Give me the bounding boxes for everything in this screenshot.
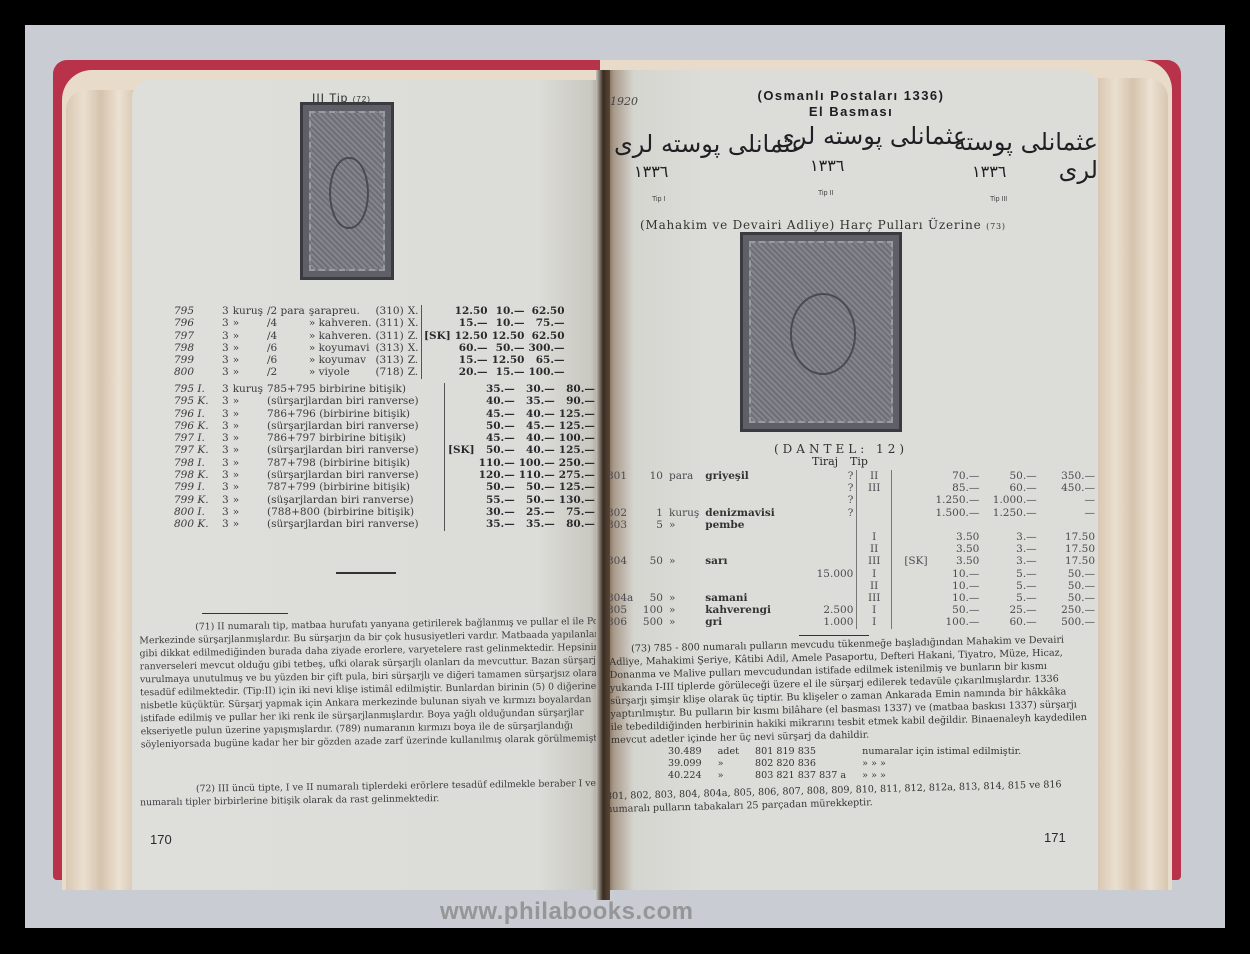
quantity-count: 39.099	[660, 758, 710, 770]
price-mint: 70.—	[931, 470, 983, 482]
price-mint: 10.—	[931, 580, 983, 592]
price-used	[982, 519, 1039, 531]
currency-unit: »	[231, 342, 265, 354]
price-mint: 50.—	[477, 444, 517, 456]
price-used: 40.—	[517, 408, 557, 420]
currency-unit: »	[231, 420, 265, 432]
stamp-color: » koyumavi	[307, 342, 374, 354]
face-value: 3	[220, 420, 231, 432]
price-cover: 17.50	[1040, 555, 1098, 567]
face-value: 3	[220, 469, 231, 481]
face-value	[636, 543, 666, 555]
stamp-color: sarı	[702, 555, 800, 567]
table-row: 798 I.3»787+798 (birbirine bitişik)110.—…	[172, 457, 597, 469]
sk-mark	[422, 342, 453, 354]
pair-description: 786+796 (birbirine bitişik)	[265, 408, 445, 420]
price-used: 3.—	[982, 531, 1039, 543]
sk-mark	[422, 366, 453, 378]
stamp-color: kahverengi	[702, 604, 800, 616]
table-row: 797 I.3»786+797 birbirine bitişik)45.—40…	[172, 432, 597, 444]
pair-description: (süşarjlardan biri ranverse)	[265, 494, 445, 506]
price-cover: 62.50	[526, 305, 566, 317]
face-value: 3	[220, 317, 231, 329]
catalogue-number: 798 I.	[172, 457, 220, 469]
table-row: 795 I.3kuruş785+795 birbirine bitişik)35…	[172, 383, 597, 395]
currency-unit	[666, 543, 702, 555]
stamp-image-tip-iii	[300, 102, 394, 280]
pair-description: (sürşarjlardan biri ranverse)	[265, 420, 445, 432]
table-row: 799 I.3»787+799 (birbirine bitişik)50.—5…	[172, 481, 597, 493]
perforation-label: (DANTEL: 12)	[774, 442, 908, 456]
face-value	[636, 568, 666, 580]
overprint-type: III	[857, 592, 892, 604]
price-mint: 3.50	[931, 543, 983, 555]
price-used: 35.—	[517, 518, 557, 530]
price-cover: 125.—	[557, 408, 597, 420]
price-cover: 90.—	[557, 395, 597, 407]
type-grade: Z.	[406, 354, 421, 366]
price-cover: 250.—	[1040, 604, 1098, 616]
face-value: 3	[220, 330, 231, 342]
face-value: 3	[220, 494, 231, 506]
price-used: 60.—	[982, 616, 1039, 628]
table-row: 8035»pembe	[604, 519, 1098, 531]
table-row: ?III85.—60.—450.—	[604, 482, 1098, 494]
sk-mark	[446, 383, 477, 395]
price-cover: 80.—	[557, 383, 597, 395]
currency-unit: »	[231, 444, 265, 456]
quantity-unit: »	[710, 758, 747, 770]
price-mint: 30.—	[477, 506, 517, 518]
stamp-color	[702, 543, 800, 555]
stamp-color: » kahveren.	[307, 317, 374, 329]
price-cover: 300.—	[526, 342, 566, 354]
sk-mark	[446, 481, 477, 493]
page-number-right: 171	[1044, 830, 1066, 845]
table-row: 7953kuruş/2 paraşarapreu.(310)X.12.5010.…	[172, 305, 567, 317]
overprint-type: I	[857, 568, 892, 580]
stamp-color	[702, 482, 800, 494]
section-divider	[336, 572, 396, 574]
price-cover: 50.—	[1040, 568, 1098, 580]
price-mint: 15.—	[453, 354, 490, 366]
currency-unit: »	[666, 592, 702, 604]
face-value: 3	[220, 408, 231, 420]
price-mint: 15.—	[453, 317, 490, 329]
price-mint	[931, 519, 983, 531]
pair-description: (sürşarjlardan biri ranverse)	[265, 469, 445, 481]
currency-unit: »	[231, 395, 265, 407]
sk-mark	[422, 305, 453, 317]
overprint-tip-3: عثمانلى پوسته لرى	[938, 128, 1098, 184]
surcharge-base: /6	[265, 342, 307, 354]
face-value: 1	[636, 507, 666, 519]
sk-mark	[891, 592, 930, 604]
price-cover: 275.—	[557, 469, 597, 481]
stamp-color	[702, 568, 800, 580]
footnote-divider	[202, 613, 288, 614]
price-used: 3.—	[982, 543, 1039, 555]
face-value: 100	[636, 604, 666, 616]
price-used: 50.—	[490, 342, 527, 354]
pair-description: (sürşarjlardan biri ranverse)	[265, 444, 445, 456]
surcharge-base: /6	[265, 354, 307, 366]
price-mint: 45.—	[477, 408, 517, 420]
overprint-type: II	[857, 470, 892, 482]
sk-mark	[891, 470, 930, 482]
price-used: 10.—	[490, 317, 527, 329]
price-mint: 3.50	[931, 555, 983, 567]
face-value: 3	[220, 342, 231, 354]
catalogue-numbers: 802 820 836	[747, 758, 854, 770]
table-row: 15.000I10.—5.—50.—	[604, 568, 1098, 580]
table-row: 799 K.3»(süşarjlardan biri ranverse)55.—…	[172, 494, 597, 506]
price-used: 25.—	[982, 604, 1039, 616]
currency-unit	[666, 568, 702, 580]
print-run: 1.000	[800, 616, 857, 628]
catalogue-table-pairs: 795 I.3kuruş785+795 birbirine bitişik)35…	[172, 383, 597, 531]
print-run	[800, 592, 857, 604]
price-cover: 80.—	[557, 518, 597, 530]
right-page: 1920 (Osmanlı Postaları 1336) El Basması…	[604, 70, 1098, 890]
sk-mark	[446, 420, 477, 432]
watermark: www.philabooks.com	[440, 898, 693, 926]
stamp-color: griyeşil	[702, 470, 800, 482]
pair-description: (sürşarjlardan biri ranverse)	[265, 518, 445, 530]
print-run: ?	[800, 507, 857, 519]
subheading-footnote-ref: (73)	[986, 222, 1006, 231]
catalogue-number: 795	[172, 305, 220, 317]
price-used: 10.—	[490, 305, 527, 317]
price-mint: 100.—	[931, 616, 983, 628]
catalogue-number: 799	[172, 354, 220, 366]
page-subheading: El Basması	[604, 104, 1098, 119]
sk-mark: [SK]	[446, 444, 477, 456]
reference-number: (311)	[373, 330, 405, 342]
quantity-unit: adet	[710, 746, 747, 758]
sk-mark	[891, 507, 930, 519]
price-mint: 50.—	[931, 604, 983, 616]
column-header-tip: Tip	[850, 456, 868, 469]
price-used: 12.50	[490, 330, 527, 342]
price-mint: 50.—	[477, 420, 517, 432]
currency-unit: »	[231, 481, 265, 493]
table-row: 8021kuruşdenizmavisi?1.500.—1.250.——	[604, 507, 1098, 519]
stamp-color: samani	[702, 592, 800, 604]
currency-unit: »	[666, 604, 702, 616]
table-row: 806500»gri1.000I100.—60.—500.—	[604, 616, 1098, 628]
price-mint: 12.50	[453, 305, 490, 317]
catalogue-table-right: 80110paragriyeşil?II70.—50.—350.—?III85.…	[604, 470, 1098, 629]
price-used: 3.—	[982, 555, 1039, 567]
overprint-type: II	[857, 543, 892, 555]
price-mint: 120.—	[477, 469, 517, 481]
sk-mark	[891, 616, 930, 628]
footnote-71: (71) II numaralı tip, matbaa hurufatı ya…	[139, 615, 610, 752]
stamp-color: şarapreu.	[307, 305, 374, 317]
reference-number: (311)	[373, 317, 405, 329]
face-value: 5	[636, 519, 666, 531]
face-value: 50	[636, 592, 666, 604]
stamp-color: » koyumav	[307, 354, 374, 366]
price-cover	[1040, 519, 1098, 531]
currency-unit: »	[231, 330, 265, 342]
price-used: 5.—	[982, 592, 1039, 604]
table-row: 80450»sarıIII[SK]3.503.—17.50	[604, 555, 1098, 567]
price-cover: 125.—	[557, 481, 597, 493]
overprint-type	[857, 519, 892, 531]
catalogue-number: 797 I.	[172, 432, 220, 444]
pair-description: 787+799 (birbirine bitişik)	[265, 481, 445, 493]
overprint-digits-2: ١٣٣٦	[810, 156, 844, 175]
price-cover: 62.50	[526, 330, 566, 342]
face-value: 3	[220, 506, 231, 518]
print-run	[800, 543, 857, 555]
catalogue-number: 798	[172, 342, 220, 354]
print-run	[800, 555, 857, 567]
catalogue-numbers: 803 821 837 837 a	[747, 770, 854, 782]
stamp-color: » viyole	[307, 366, 374, 378]
catalogue-number: 800 I.	[172, 506, 220, 518]
print-run: ?	[800, 494, 857, 506]
print-run: 2.500	[800, 604, 857, 616]
table-row: 796 K.3»(sürşarjlardan biri ranverse)50.…	[172, 420, 597, 432]
face-value: 3	[220, 383, 231, 395]
price-used: 110.—	[517, 469, 557, 481]
currency-unit: »	[231, 469, 265, 481]
face-value: 3	[220, 395, 231, 407]
tip-label-3: Tip III	[990, 196, 1007, 203]
price-used: 60.—	[982, 482, 1039, 494]
price-mint: 50.—	[477, 481, 517, 493]
quantity-row: 30.489adet801 819 835numaralar için isti…	[660, 746, 1029, 758]
pair-description: (788+800 (birbirine bitişik)	[265, 506, 445, 518]
table-row: I3.503.—17.50	[604, 531, 1098, 543]
price-cover: —	[1040, 507, 1098, 519]
price-cover: 450.—	[1040, 482, 1098, 494]
print-run	[800, 531, 857, 543]
table-row: 8003»/2» viyole(718)Z.20.—15.—100.—	[172, 366, 567, 378]
overprint-type	[857, 507, 892, 519]
tip-label-2: Tip II	[818, 190, 833, 197]
table-row: 7963»/4» kahveren.(311)X.15.—10.—75.—	[172, 317, 567, 329]
price-mint: 1.500.—	[931, 507, 983, 519]
sk-mark	[446, 494, 477, 506]
price-mint: 10.—	[931, 592, 983, 604]
currency-unit: »	[231, 518, 265, 530]
page-heading: (Osmanlı Postaları 1336)	[604, 88, 1098, 103]
surcharge-base: /4	[265, 317, 307, 329]
currency-unit: kuruş	[231, 383, 265, 395]
price-mint: 1.250.—	[931, 494, 983, 506]
price-used: 45.—	[517, 420, 557, 432]
table-row: ?1.250.—1.000.——	[604, 494, 1098, 506]
catalogue-number: 795 I.	[172, 383, 220, 395]
table-row: 797 K.3»(sürşarjlardan biri ranverse)[SK…	[172, 444, 597, 456]
book-gutter	[596, 70, 610, 900]
sk-mark	[422, 354, 453, 366]
currency-unit: »	[231, 457, 265, 469]
price-mint: 10.—	[931, 568, 983, 580]
surcharge-base: /4	[265, 330, 307, 342]
table-row: 7983»/6» koyumavi(313)X.60.—50.—300.—	[172, 342, 567, 354]
subheading-text: (Mahakim ve Devairi Adliye) Harç Pulları…	[640, 218, 982, 232]
overprint-type: II	[857, 580, 892, 592]
surcharge-base: /2 para	[265, 305, 307, 317]
price-cover: 65.—	[526, 354, 566, 366]
overprint-type: I	[857, 531, 892, 543]
face-value	[636, 494, 666, 506]
sk-mark	[446, 408, 477, 420]
currency-unit: para	[666, 470, 702, 482]
stamp-color	[702, 531, 800, 543]
catalogue-numbers: 801 819 835	[747, 746, 854, 758]
currency-unit: »	[666, 616, 702, 628]
type-grade: X.	[406, 342, 421, 354]
stamp-color	[702, 580, 800, 592]
table-row: 804a50»samaniIII10.—5.—50.—	[604, 592, 1098, 604]
price-cover: 17.50	[1040, 531, 1098, 543]
table-row: II3.503.—17.50	[604, 543, 1098, 555]
price-cover: 100.—	[526, 366, 566, 378]
table-row: 795 K.3»(sürşarjlardan biri ranverse)40.…	[172, 395, 597, 407]
price-cover: 125.—	[557, 420, 597, 432]
page-number-left: 170	[150, 832, 172, 847]
price-cover: 75.—	[557, 506, 597, 518]
print-run	[800, 519, 857, 531]
sk-mark: [SK]	[891, 555, 930, 567]
price-mint: 55.—	[477, 494, 517, 506]
catalogue-number: 797	[172, 330, 220, 342]
price-used: 100.—	[517, 457, 557, 469]
currency-unit: »	[231, 494, 265, 506]
sk-mark	[891, 519, 930, 531]
currency-unit: »	[231, 506, 265, 518]
print-run: 15.000	[800, 568, 857, 580]
stamp-color: » kahveren.	[307, 330, 374, 342]
sk-mark	[446, 432, 477, 444]
price-mint: 85.—	[931, 482, 983, 494]
currency-unit: kuruş	[231, 305, 265, 317]
price-used: 30.—	[517, 383, 557, 395]
print-run: ?	[800, 470, 857, 482]
face-value	[636, 482, 666, 494]
price-used: 5.—	[982, 580, 1039, 592]
quantity-note: » » »	[854, 758, 1029, 770]
type-grade: X.	[406, 317, 421, 329]
price-used: 40.—	[517, 432, 557, 444]
table-row: 7973»/4» kahveren.(311)Z.[SK]12.5012.506…	[172, 330, 567, 342]
stamp-color: gri	[702, 616, 800, 628]
overprint-digits-3: ١٣٣٦	[972, 162, 1006, 181]
price-cover: 17.50	[1040, 543, 1098, 555]
price-mint: 35.—	[477, 518, 517, 530]
pair-description: 785+795 birbirine bitişik)	[265, 383, 445, 395]
overprint-digits-1: ١٣٣٦	[634, 162, 668, 181]
sk-mark	[891, 568, 930, 580]
footnote-73: (73) 785 - 800 numaralı pulların mevcudu…	[609, 633, 1091, 747]
price-used: 25.—	[517, 506, 557, 518]
currency-unit	[666, 494, 702, 506]
sk-mark	[891, 482, 930, 494]
face-value: 3	[220, 518, 231, 530]
currency-unit: »	[231, 366, 265, 378]
overprint-type	[857, 494, 892, 506]
table-row: 805100»kahverengi2.500I50.—25.—250.—	[604, 604, 1098, 616]
catalogue-number: 800 K.	[172, 518, 220, 530]
overprint-type: I	[857, 604, 892, 616]
currency-unit: »	[231, 354, 265, 366]
face-value: 10	[636, 470, 666, 482]
quantity-note: numaralar için istimal edilmiştir.	[854, 746, 1029, 758]
sk-mark	[422, 317, 453, 329]
face-value: 500	[636, 616, 666, 628]
catalogue-table-main: 7953kuruş/2 paraşarapreu.(310)X.12.5010.…	[172, 305, 567, 379]
sheet-note: 801, 802, 803, 804, 804a, 805, 806, 807,…	[606, 778, 1077, 816]
price-mint: 40.—	[477, 395, 517, 407]
sk-mark	[891, 543, 930, 555]
page-edges-left	[66, 90, 136, 890]
catalogue-number: 796 K.	[172, 420, 220, 432]
sk-mark	[446, 506, 477, 518]
currency-unit: kuruş	[666, 507, 702, 519]
sk-mark	[446, 518, 477, 530]
table-row: 798 K.3»(sürşarjlardan biri ranverse)120…	[172, 469, 597, 481]
type-grade: Z.	[406, 366, 421, 378]
face-value: 3	[220, 354, 231, 366]
page-edges-right	[1098, 78, 1168, 890]
reference-number: (718)	[373, 366, 405, 378]
price-mint: 60.—	[453, 342, 490, 354]
quantity-row: 39.099»802 820 836» » »	[660, 758, 1029, 770]
reference-number: (313)	[373, 354, 405, 366]
tip-label-1: Tip I	[652, 196, 665, 203]
stamp-color: denizmavisi	[702, 507, 800, 519]
price-mint: 110.—	[477, 457, 517, 469]
table-row: 796 I.3»786+796 (birbirine bitişik)45.—4…	[172, 408, 597, 420]
sk-mark	[446, 457, 477, 469]
price-cover: 100.—	[557, 432, 597, 444]
price-used: 15.—	[490, 366, 527, 378]
price-cover: —	[1040, 494, 1098, 506]
catalogue-number: 796 I.	[172, 408, 220, 420]
overprint-type: III	[857, 482, 892, 494]
stamp-image-mahakim	[740, 232, 902, 432]
quantity-count: 30.489	[660, 746, 710, 758]
pair-description: (sürşarjlardan biri ranverse)	[265, 395, 445, 407]
face-value: 3	[220, 481, 231, 493]
section-subheading: (Mahakim ve Devairi Adliye) Harç Pulları…	[640, 218, 1006, 232]
type-grade: Z.	[406, 330, 421, 342]
currency-unit	[666, 531, 702, 543]
quantities-table: 30.489adet801 819 835numaralar için isti…	[660, 746, 1029, 782]
price-used: 40.—	[517, 444, 557, 456]
currency-unit: »	[231, 317, 265, 329]
sk-mark	[891, 580, 930, 592]
price-mint: 3.50	[931, 531, 983, 543]
face-value: 3	[220, 366, 231, 378]
quantity-unit: »	[710, 770, 747, 782]
quantity-count: 40.224	[660, 770, 710, 782]
footnote-72: (72) III üncü tipte, I ve II numaralı ti…	[140, 777, 610, 810]
price-used: 50.—	[517, 481, 557, 493]
price-cover: 500.—	[1040, 616, 1098, 628]
face-value: 3	[220, 457, 231, 469]
face-value: 50	[636, 555, 666, 567]
sk-mark: [SK]	[422, 330, 453, 342]
print-run: ?	[800, 482, 857, 494]
price-used: 50.—	[982, 470, 1039, 482]
